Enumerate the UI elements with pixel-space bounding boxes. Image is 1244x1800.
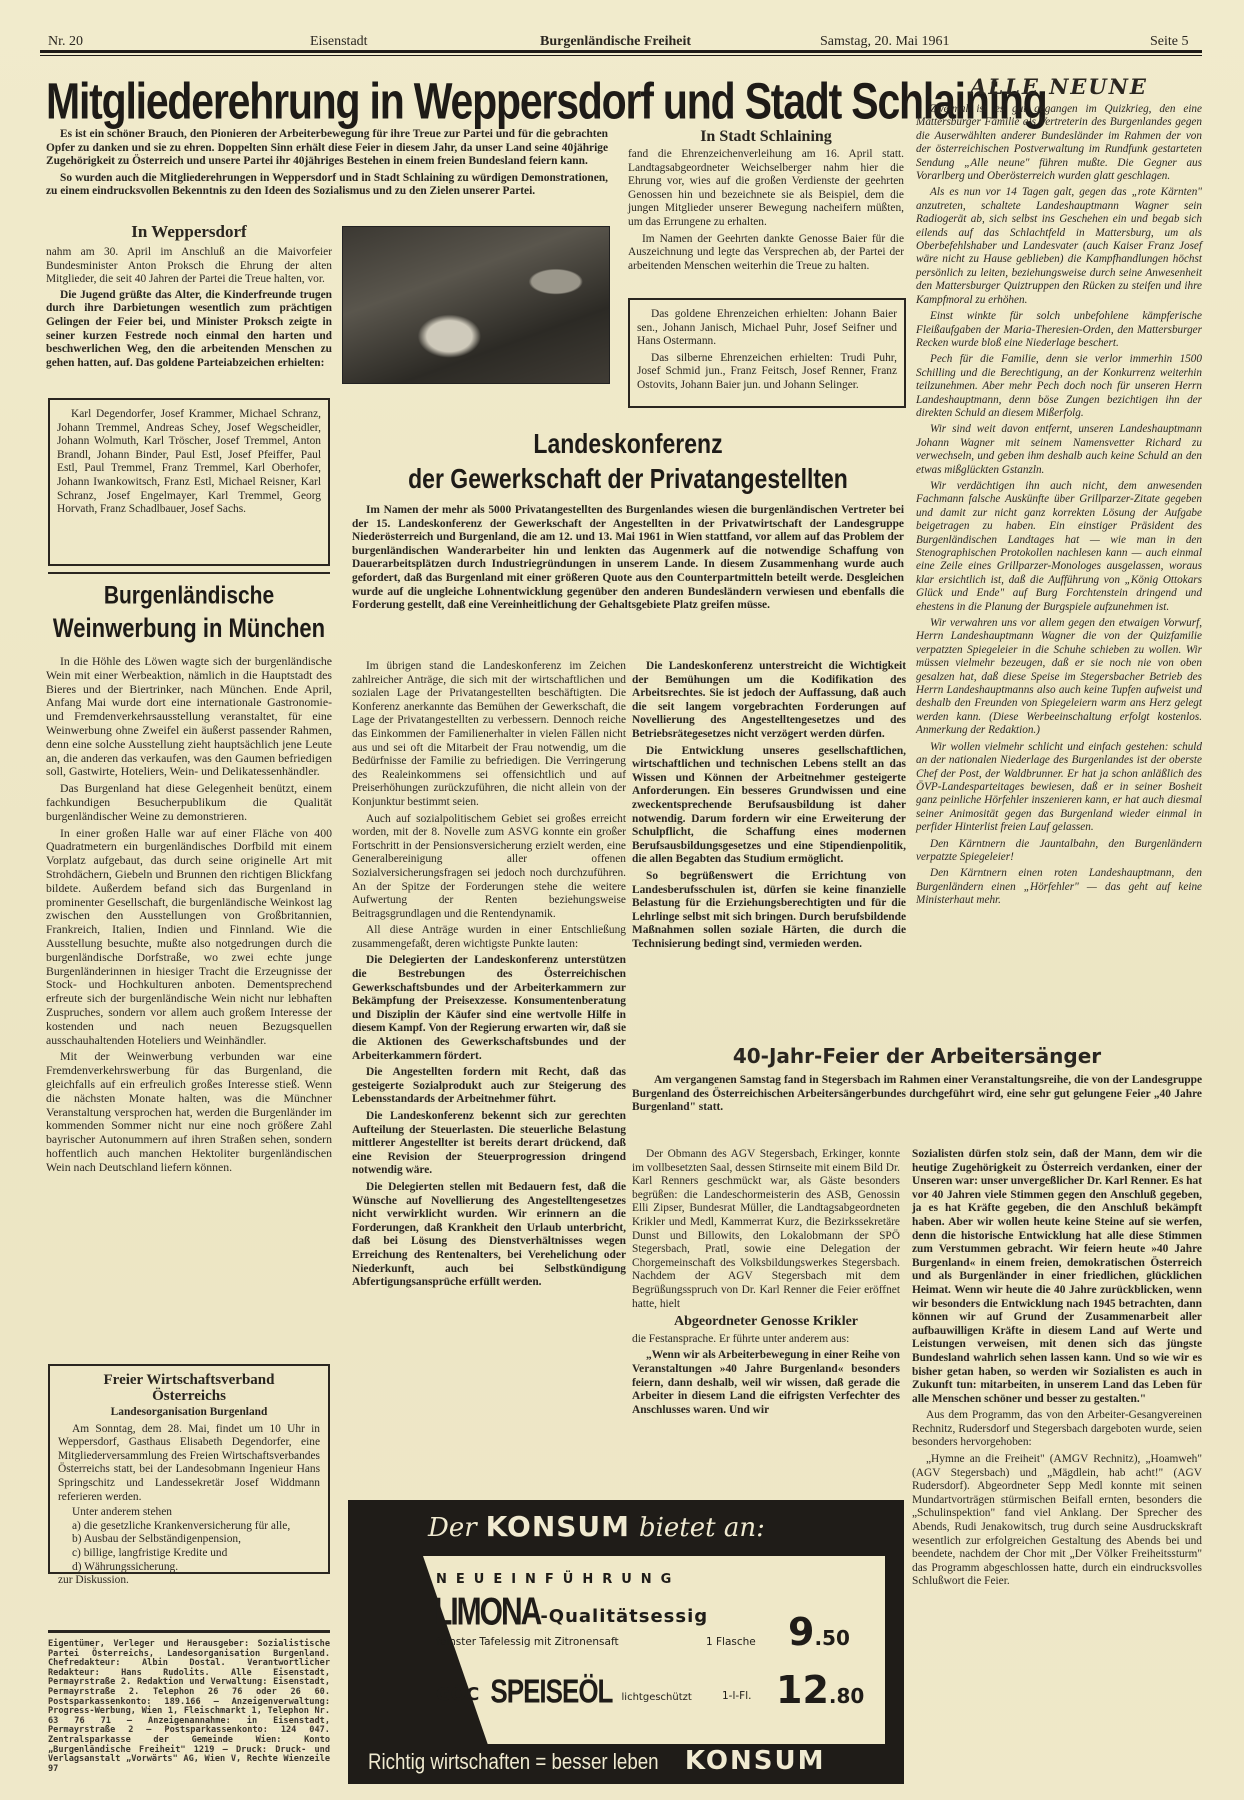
saenger-column-2: Sozialisten dürfen stolz sein, daß der M… [912,1148,1202,1592]
wirtschaftsverband-box: Freier Wirtschaftsverband Österreichs La… [48,1364,330,1574]
wein-paragraph: Das Burgenland hat diese Gelegenheit ben… [46,782,332,823]
ad-der: Der [428,1513,477,1543]
weppersdorf-p1: nahm am 30. April im Anschluß an die Mai… [46,246,332,287]
saenger-lead: Am vergangenen Samstag fand in Stegersba… [632,1074,1202,1115]
alle-neune-paragraph: Den Kärntnern einen roten Landeshauptman… [916,867,1202,907]
lk-headline-1: Landeskonferenz [352,428,904,460]
schlaining-heading: In Stadt Schlaining [628,128,904,146]
alle-neune-column: ALLE NEUNE Zweimal ist es gut gegangen i… [916,74,1202,911]
slogan-text: Richtig wirtschaften = besser leben [368,1749,659,1775]
event-photo [342,226,610,384]
issue-number: Nr. 20 [48,34,83,50]
wv-subtitle: Landesorganisation Burgenland [58,1406,320,1420]
limona-unit: 1 Flasche [706,1636,756,1648]
page-number: Seite 5 [1150,34,1189,50]
ad-product-1: LIMONA-Qualitätsessig [434,1596,708,1630]
saenger-paragraph: Der Obmann des AGV Stegersbach, Erkinger… [632,1148,900,1311]
impressum: Eigentümer, Verleger und Herausgeber: So… [48,1640,330,1774]
impressum-divider [48,1630,330,1633]
lk-lead: Im Namen der mehr als 5000 Privatangeste… [352,504,904,613]
weppersdorf-heading: In Weppersdorf [46,222,332,242]
schlaining-p1: fand die Ehrenzeichenverleihung am 16. A… [628,148,904,230]
limona-name: LIMONA [434,1591,540,1635]
wein-paragraph: In einer großen Halle war auf einer Fläc… [46,827,332,1048]
saenger-paragraph: „Hymne an die Freiheit" (AMGV Rechnitz),… [912,1453,1202,1589]
lead-paragraph: So wurden auch die Mitgliederehrungen in… [46,172,608,199]
city: Eisenstadt [310,34,368,50]
schlaining-section: In Stadt Schlaining fand die Ehrenzeiche… [628,128,904,273]
ad-bietet: bietet an: [639,1513,765,1543]
wv-title-2: Österreichs [58,1388,320,1404]
price-main: 9 [788,1610,814,1654]
lk-paragraph: All diese Anträge wurden in einer Entsch… [352,924,626,951]
header-rule [40,50,1202,56]
alle-neune-paragraph: Wir wollen vielmehr schlicht und einfach… [916,741,1202,835]
lk-resolution: Die Entwicklung unseres gesellschaftlich… [632,745,906,867]
wein-paragraph: In die Höhle des Löwen wagte sich der bu… [46,655,332,779]
konsum-ad: Der KONSUM bietet an: NEUEINFÜHRUNG LIMO… [348,1500,904,1784]
wv-title-1: Freier Wirtschaftsverband [58,1372,320,1388]
wein-section: Burgenländische Weinwerbung in München I… [46,582,332,1177]
lk-headline-2: der Gewerkschaft der Privatangestellten [352,463,904,495]
main-headline: Mitgliederehrung in Weppersdorf und Stad… [46,72,906,131]
limona-desc: feinster Tafelessig mit Zitronensaft [436,1636,619,1648]
alle-neune-title: ALLE NEUNE [916,74,1202,99]
weppersdorf-p2: Die Jugend grüßte das Alter, die Kinderf… [46,289,332,371]
schlaining-p2: Im Namen der Geehrten dankte Genosse Bai… [628,233,904,274]
honorees-list: Karl Degendorfer, Josef Krammer, Michael… [57,408,321,517]
saenger-quote-cont: Sozialisten dürfen stolz sein, daß der M… [912,1148,1202,1406]
limona-type: -Qualitätsessig [540,1606,708,1627]
wv-intro: Unter anderem stehen [58,1506,320,1520]
wv-item: b) Ausbau der Selbständigenpension, [58,1533,320,1547]
saenger-headline: 40-Jahr-Feier der Arbeitersänger [632,1044,1202,1068]
lk-paragraph: Im übrigen stand die Landeskonferenz im … [352,660,626,810]
ad-brand: KONSUM [486,1510,630,1543]
speiseoel-desc: lichtgeschützt [622,1692,692,1703]
alle-neune-paragraph: Pech für die Familie, denn sie verlor im… [916,353,1202,420]
wein-body: In die Höhle des Löwen wagte sich der bu… [46,655,332,1174]
wv-item: d) Währungssicherung. [58,1561,320,1575]
goec-logo: GÖC [436,1684,479,1705]
main-lead: Es ist ein schöner Brauch, den Pionieren… [46,128,608,202]
lk-column-2: Die Landeskonferenz unterstreicht die Wi… [632,660,906,954]
honorees-box: Karl Degendorfer, Josef Krammer, Michael… [48,398,330,566]
alle-neune-paragraph: Einst winkte für solch unbefohlene kämpf… [916,310,1202,350]
price-cents: .80 [829,1684,864,1708]
lk-resolution: Die Landeskonferenz bekennt sich zur ger… [352,1110,626,1178]
alle-neune-paragraph: Den Kärntnern die Jauntalbahn, den Burge… [916,838,1202,865]
saenger-section: 40-Jahr-Feier der Arbeitersänger Am verg… [632,1044,1202,1115]
alle-neune-paragraph: Zweimal ist es gut gegangen im Quizkrieg… [916,103,1202,183]
silver-honorees: Das silberne Ehrenzeichen erhielten: Tru… [637,352,897,393]
alle-neune-body: Zweimal ist es gut gegangen im Quizkrieg… [916,103,1202,908]
wein-paragraph: Mit der Weinwerbung verbunden war eine F… [46,1050,332,1174]
wv-item: a) die gesetzliche Krankenversicherung f… [58,1520,320,1534]
alle-neune-paragraph: Wir verdächtigen ihn auch nicht, dem anw… [916,480,1202,614]
saenger-paragraph: die Festansprache. Er führte unter ander… [632,1333,900,1347]
lead-paragraph: Es ist ein schöner Brauch, den Pionieren… [46,128,608,169]
weppersdorf-section: In Weppersdorf nahm am 30. April im Ansc… [46,222,332,370]
limona-price: 9.50 [788,1610,850,1654]
lk-column-1: Im übrigen stand die Landeskonferenz im … [352,660,626,1293]
saenger-quote: „Wenn wir als Arbeiterbewegung in einer … [632,1349,900,1417]
lk-resolution: Die Delegierten der Landeskonferenz unte… [352,954,626,1063]
price-cents: .50 [814,1626,849,1650]
issue-date: Samstag, 20. Mai 1961 [820,34,950,50]
ehrenzeichen-box: Das goldene Ehrenzeichen erhielten: Joha… [628,298,906,408]
saenger-subhead: Abgeordneter Genosse Krikler [632,1315,900,1329]
landeskonferenz-section: Landeskonferenz der Gewerkschaft der Pri… [352,428,904,613]
wv-body: Am Sonntag, dem 28. Mai, findet um 10 Uh… [58,1423,320,1505]
ad-slogan: Richtig wirtschaften = besser leben KONS… [368,1746,825,1776]
price-main: 12 [776,1668,829,1712]
ad-neueinfuehrung: NEUEINFÜHRUNG [436,1572,680,1587]
wein-headline-1: Burgenländische [46,582,332,611]
lk-resolution: Die Delegierten stellen mit Bedauern fes… [352,1181,626,1290]
alle-neune-paragraph: Als es nun vor 14 Tagen galt, gegen das … [916,186,1202,307]
alle-neune-paragraph: Wir verwahren uns vor allem gegen den et… [916,617,1202,738]
saenger-column-1: Der Obmann des AGV Stegersbach, Erkinger… [632,1148,900,1420]
wv-item: c) billige, langfristige Kredite und [58,1547,320,1561]
section-divider [48,572,330,574]
lk-paragraph: Auch auf sozialpolitischem Gebiet sei gr… [352,813,626,922]
gold-honorees: Das goldene Ehrenzeichen erhielten: Joha… [637,308,897,349]
saenger-paragraph: Aus dem Programm, das von den Arbeiter-G… [912,1409,1202,1450]
wein-headline-2: Weinwerbung in München [46,613,332,644]
newspaper-page: Nr. 20 Eisenstadt Burgenländische Freihe… [0,0,1244,1800]
paper-name: Burgenländische Freiheit [540,34,691,50]
slogan-brand: KONSUM [685,1746,826,1776]
wv-outro: zur Diskussion. [58,1574,320,1588]
speiseoel-price: 12.80 [776,1668,864,1712]
lk-resolution: Die Angestellten fordern mit Recht, daß … [352,1066,626,1107]
speiseoel-name: SPEISEÖL [490,1671,612,1711]
alle-neune-paragraph: Wir sind weit davon entfernt, unseren La… [916,423,1202,477]
lk-resolution: Die Landeskonferenz unterstreicht die Wi… [632,660,906,742]
ad-product-2: GÖC SPEISEÖL lichtgeschützt [436,1676,692,1707]
lk-resolution: So begrüßenswert die Errichtung von Land… [632,870,906,952]
ad-title: Der KONSUM bietet an: [428,1510,868,1543]
speiseoel-unit: 1-l-Fl. [722,1690,751,1702]
